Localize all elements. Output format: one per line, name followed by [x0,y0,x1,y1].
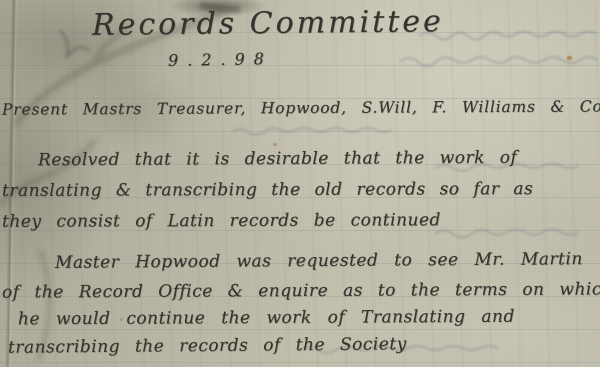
manuscript-page: Records Committee 9.2.98 Present Mastrs … [0,0,600,367]
foxing-speck [273,143,277,146]
manuscript-line: Master Hopwood was requested to see Mr. … [55,249,583,273]
manuscript-line: of the Record Office & enquire as to the… [2,279,600,302]
manuscript-line: transcribing the records of the Society [8,334,407,357]
foxing-speck [567,56,572,60]
attendance-line: Present Mastrs Treasurer, Hopwood, S.Wil… [2,97,600,118]
meeting-date: 9.2.98 [168,49,273,70]
manuscript-line: translating & transcribing the old recor… [2,179,533,201]
page-title: Records Committee [92,4,444,43]
manuscript-line: he would continue the work of Translatin… [18,307,515,330]
manuscript-line: Resolved that it is desirable that the w… [38,148,517,171]
manuscript-line: they consist of Latin records be continu… [2,210,441,232]
